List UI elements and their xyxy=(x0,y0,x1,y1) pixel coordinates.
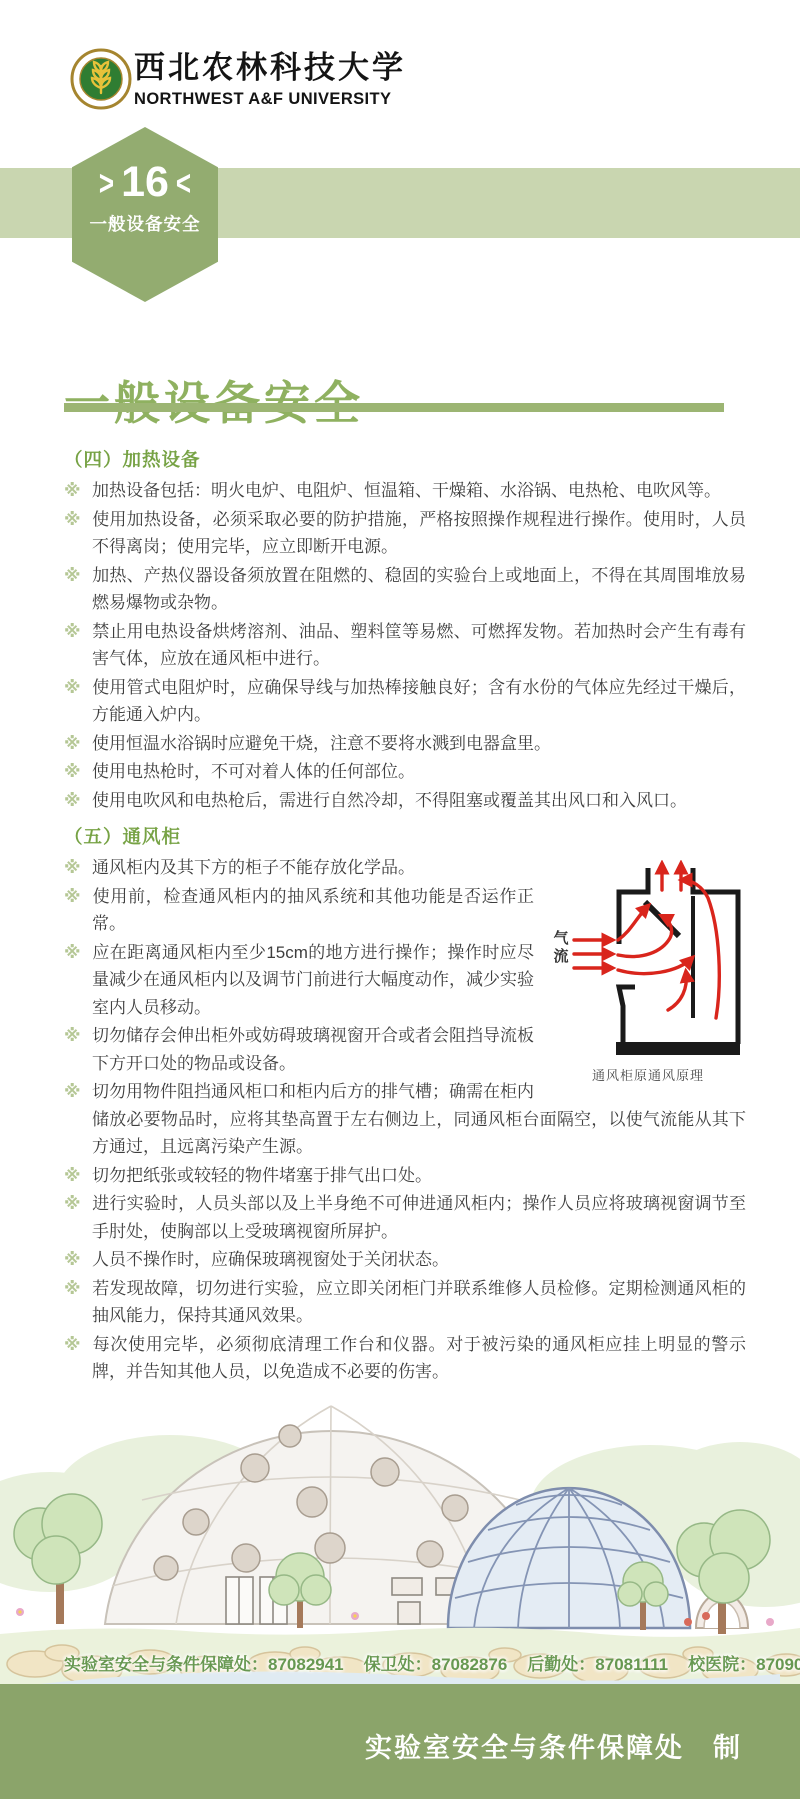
airflow-label: 气流 xyxy=(552,930,570,966)
safety-rule: ※进行实验时，人员头部以及上半身绝不可伸进通风柜内；操作人员应将玻璃视窗调节至手… xyxy=(64,1190,746,1245)
cabinet-worktop xyxy=(616,1042,740,1055)
reference-mark: ※ xyxy=(64,1190,92,1218)
safety-rule-text: 加热、产热仪器设备须放置在阻燃的、稳固的实验台上或地面上，不得在其周围堆放易燃易… xyxy=(92,566,746,613)
reference-mark: ※ xyxy=(64,1331,92,1359)
safety-rule-text: 进行实验时，人员头部以及上半身绝不可伸进通风柜内；操作人员应将玻璃视窗调节至手肘… xyxy=(92,1194,746,1241)
safety-rule-text: 若发现故障，切勿进行实验，应立即关闭柜门并联系维修人员检修。定期检测通风柜的抽风… xyxy=(92,1279,746,1326)
reference-mark: ※ xyxy=(64,1078,92,1106)
rule-list-heating: ※加热设备包括：明火电炉、电阻炉、恒温箱、干燥箱、水浴锅、电热枪、电吹风等。 ※… xyxy=(64,477,746,814)
fume-hood-svg xyxy=(550,860,746,1062)
reference-mark: ※ xyxy=(64,477,92,505)
contact-number: 87090120 xyxy=(756,1655,800,1674)
safety-rule-text: 使用加热设备，必须采取必要的防护措施，严格按照操作规程进行操作。使用时，人员不得… xyxy=(92,510,746,557)
university-emblem-icon xyxy=(70,48,132,110)
safety-rule: ※使用加热设备，必须采取必要的防护措施，严格按照操作规程进行操作。使用时，人员不… xyxy=(64,506,746,561)
safety-rule: ※人员不操作时，应确保玻璃视窗处于关闭状态。 xyxy=(64,1246,746,1274)
contact-separator: ： xyxy=(251,1655,268,1674)
section-heating-equipment: （四）加热设备 ※加热设备包括：明火电炉、电阻炉、恒温箱、干燥箱、水浴锅、电热枪… xyxy=(64,446,746,814)
safety-rule-text: 切勿储存会伸出柜外或妨碍玻璃视窗开合或者会阻挡导流板下方开口处的物品或设备。 xyxy=(92,1026,534,1073)
contact-item: 保卫处：87082876 xyxy=(364,1650,508,1675)
safety-rule: ※切勿把纸张或较轻的物件堵塞于排气出口处。 xyxy=(64,1162,746,1190)
footer-band: 实验室安全与条件保障处 制 xyxy=(0,1684,800,1799)
contact-label: 校医院 xyxy=(688,1655,739,1674)
page-title: 一般设备安全 xyxy=(64,367,364,433)
reference-mark: ※ xyxy=(64,618,92,646)
reference-mark: ※ xyxy=(64,1162,92,1190)
safety-rule: ※切勿用物件阻挡通风柜口和柜内后方的排气槽；确需在柜内储放必要物品时，应将其垫高… xyxy=(64,1078,746,1161)
diagram-caption: 通风柜原通风原理 xyxy=(550,1065,746,1084)
safety-rule-text: 通风柜内及其下方的柜子不能存放化学品。 xyxy=(92,858,415,877)
safety-rule-text: 禁止用电热设备烘烤溶剂、油品、塑料筐等易燃、可燃挥发物。若加热时会产生有毒有害气… xyxy=(92,622,746,669)
reference-mark: ※ xyxy=(64,939,92,967)
university-name-en: NORTHWEST A&F UNIVERSITY xyxy=(134,90,406,109)
reference-mark: ※ xyxy=(64,730,92,758)
contact-item: 后勤处：87081111 xyxy=(527,1650,668,1675)
reference-mark: ※ xyxy=(64,854,92,882)
university-name-block: 西北农林科技大学 NORTHWEST A&F UNIVERSITY xyxy=(134,42,406,109)
contact-separator: ： xyxy=(739,1655,756,1674)
contact-item: 实验室安全与条件保障处：87082941 xyxy=(64,1650,344,1675)
chapter-badge: > 16 < 一般设备安全 xyxy=(72,127,218,302)
contact-number: 87082941 xyxy=(268,1655,344,1674)
safety-rule-text: 人员不操作时，应确保玻璃视窗处于关闭状态。 xyxy=(92,1250,449,1269)
safety-rule-text: 应在距离通风柜内至少15cm的地方进行操作；操作时应尽量减少在通风柜内以及调节门… xyxy=(92,943,534,1017)
safety-rule: ※加热、产热仪器设备须放置在阻燃的、稳固的实验台上或地面上，不得在其周围堆放易燃… xyxy=(64,562,746,617)
safety-rule-text: 切勿把纸张或较轻的物件堵塞于排气出口处。 xyxy=(92,1166,432,1185)
contact-separator: ： xyxy=(578,1655,595,1674)
safety-rule: ※使用恒温水浴锅时应避免干烧，注意不要将水溅到电器盒里。 xyxy=(64,730,746,758)
reference-mark: ※ xyxy=(64,1246,92,1274)
contact-label: 实验室安全与条件保障处 xyxy=(64,1655,251,1674)
safety-poster: 西北农林科技大学 NORTHWEST A&F UNIVERSITY 实验室安全教… xyxy=(0,0,800,1799)
safety-rule: ※使用管式电阻炉时，应确保导线与加热棒接触良好；含有水份的气体应先经过干燥后，方… xyxy=(64,674,746,729)
contact-number: 87082876 xyxy=(432,1655,508,1674)
safety-rule-text: 使用管式电阻炉时，应确保导线与加热棒接触良好；含有水份的气体应先经过干燥后，方能… xyxy=(92,678,746,725)
producer-credit: 实验室安全与条件保障处 制 xyxy=(365,1726,742,1765)
fume-hood-diagram: 气流 xyxy=(550,860,746,1084)
reference-mark: ※ xyxy=(64,674,92,702)
chevron-right-icon: > xyxy=(99,165,114,200)
contact-item: 校医院：87090120 xyxy=(688,1650,800,1675)
reference-mark: ※ xyxy=(64,562,92,590)
contact-label: 后勤处 xyxy=(527,1655,578,1674)
reference-mark: ※ xyxy=(64,1022,92,1050)
contact-separator: ： xyxy=(415,1655,432,1674)
section-heading: （四）加热设备 xyxy=(64,446,746,472)
reference-mark: ※ xyxy=(64,758,92,786)
section-heading: （五）通风柜 xyxy=(64,823,746,849)
safety-rule-text: 使用恒温水浴锅时应避免干烧，注意不要将水溅到电器盒里。 xyxy=(92,734,551,753)
university-name-cn: 西北农林科技大学 xyxy=(134,42,406,87)
contact-label: 保卫处 xyxy=(364,1655,415,1674)
reference-mark: ※ xyxy=(64,883,92,911)
campus-illustration xyxy=(0,1372,800,1684)
safety-rule: ※若发现故障，切勿进行实验，应立即关闭柜门并联系维修人员检修。定期检测通风柜的抽… xyxy=(64,1275,746,1330)
safety-rule: ※禁止用电热设备烘烤溶剂、油品、塑料筐等易燃、可燃挥发物。若加热时会产生有毒有害… xyxy=(64,618,746,673)
reference-mark: ※ xyxy=(64,506,92,534)
reference-mark: ※ xyxy=(64,787,92,815)
safety-rule: ※使用电吹风和电热枪后，需进行自然冷却，不得阻塞或覆盖其出风口和入风口。 xyxy=(64,787,746,815)
safety-rule-text: 加热设备包括：明火电炉、电阻炉、恒温箱、干燥箱、水浴锅、电热枪、电吹风等。 xyxy=(92,481,721,500)
chapter-badge-label: 一般设备安全 xyxy=(90,211,201,236)
contact-numbers: 实验室安全与条件保障处：87082941 保卫处：87082876 后勤处：87… xyxy=(64,1650,764,1675)
contact-number: 87081111 xyxy=(595,1655,668,1674)
section-fume-hood: （五）通风柜 气流 xyxy=(64,823,746,1386)
safety-rule-text: 切勿用物件阻挡通风柜口和柜内后方的排气槽；确需在柜内储放必要物品时，应将其垫高置… xyxy=(92,1082,746,1156)
title-underline xyxy=(64,403,724,412)
safety-rule: ※加热设备包括：明火电炉、电阻炉、恒温箱、干燥箱、水浴锅、电热枪、电吹风等。 xyxy=(64,477,746,505)
safety-rule: ※使用电热枪时，不可对着人体的任何部位。 xyxy=(64,758,746,786)
reference-mark: ※ xyxy=(64,1275,92,1303)
safety-rule-text: 使用前，检查通风柜内的抽风系统和其他功能是否运作正常。 xyxy=(92,887,534,934)
chapter-number-value: 16 xyxy=(121,161,169,204)
safety-rule-text: 使用电热枪时，不可对着人体的任何部位。 xyxy=(92,762,415,781)
content-area: （四）加热设备 ※加热设备包括：明火电炉、电阻炉、恒温箱、干燥箱、水浴锅、电热枪… xyxy=(64,437,746,1387)
safety-rule-text: 使用电吹风和电热枪后，需进行自然冷却，不得阻塞或覆盖其出风口和入风口。 xyxy=(92,791,687,810)
chevron-left-icon: < xyxy=(176,165,191,200)
chapter-number: > 16 < xyxy=(99,161,191,204)
